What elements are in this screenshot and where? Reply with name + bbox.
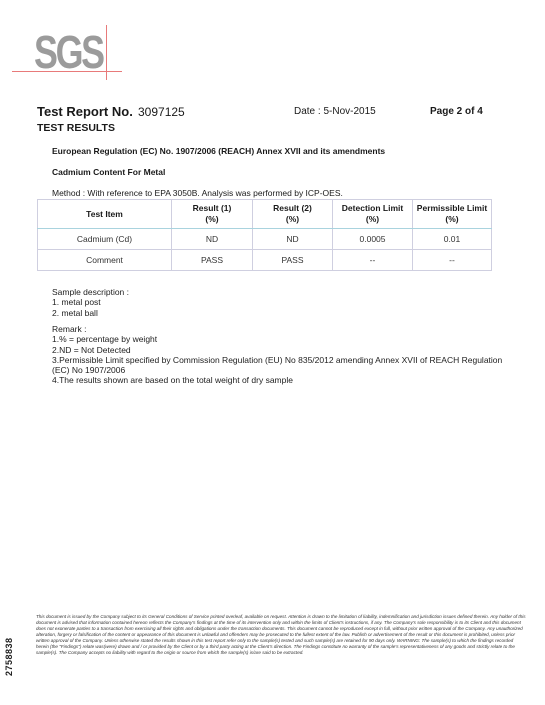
table-cell: 0.0005 <box>333 229 413 250</box>
sgs-logo: SGS <box>34 30 90 74</box>
table-row: Cadmium (Cd) ND ND 0.0005 0.01 <box>38 229 492 250</box>
remark-title: Remark : <box>52 324 502 334</box>
sample-item: 2. metal ball <box>52 308 129 318</box>
test-subtitle: Cadmium Content For Metal <box>52 167 165 177</box>
regulation-heading: European Regulation (EC) No. 1907/2006 (… <box>52 146 385 156</box>
table-cell: Cadmium (Cd) <box>38 229 172 250</box>
sample-description-title: Sample description : <box>52 287 129 297</box>
section-title: TEST RESULTS <box>37 122 115 134</box>
column-header: Result (1)(%) <box>172 200 253 229</box>
results-table: Test Item Result (1)(%) Result (2)(%) De… <box>37 199 492 271</box>
logo-vertical-line <box>106 25 107 80</box>
legal-disclaimer: This document is issued by the Company s… <box>36 614 526 656</box>
remark-item: (EC) No 1907/2006 <box>52 365 502 375</box>
remark-item: 3.Permissible Limit specified by Commiss… <box>52 355 502 365</box>
column-header: Permissible Limit(%) <box>413 200 492 229</box>
remark-item: 1.% = percentage by weight <box>52 334 502 344</box>
table-cell: -- <box>333 250 413 271</box>
sample-item: 1. metal post <box>52 297 129 307</box>
column-header: Result (2)(%) <box>253 200 333 229</box>
column-header: Test Item <box>38 200 172 229</box>
table-cell: 0.01 <box>413 229 492 250</box>
document-id: 2758838 <box>4 637 14 676</box>
table-cell: Comment <box>38 250 172 271</box>
table-cell: PASS <box>253 250 333 271</box>
report-date: Date : 5-Nov-2015 <box>294 106 376 117</box>
table-row: Comment PASS PASS -- -- <box>38 250 492 271</box>
remark-item: 4.The results shown are based on the tot… <box>52 375 502 385</box>
table-cell: PASS <box>172 250 253 271</box>
report-number: 3097125 <box>138 105 185 119</box>
column-header: Detection Limit(%) <box>333 200 413 229</box>
page-indicator: Page 2 of 4 <box>430 106 483 117</box>
table-cell: -- <box>413 250 492 271</box>
remarks: Remark : 1.% = percentage by weight 2.ND… <box>52 324 502 386</box>
table-cell: ND <box>172 229 253 250</box>
sample-description: Sample description : 1. metal post 2. me… <box>52 287 129 318</box>
table-header-row: Test Item Result (1)(%) Result (2)(%) De… <box>38 200 492 229</box>
report-number-label: Test Report No. <box>37 104 133 119</box>
table-cell: ND <box>253 229 333 250</box>
remark-item: 2.ND = Not Detected <box>52 345 502 355</box>
method-text: Method : With reference to EPA 3050B. An… <box>52 188 343 198</box>
